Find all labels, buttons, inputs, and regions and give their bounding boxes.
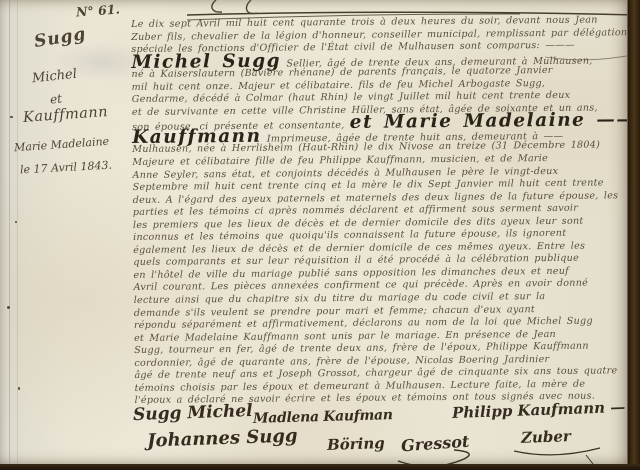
ink-speck: [18, 387, 20, 390]
margin-bride-firstname: Marie Madelaine: [14, 135, 110, 155]
scan-bottom-edge: [0, 464, 640, 470]
act-number: N° 61.: [76, 1, 121, 19]
signature-groom: Sugg Michel: [133, 401, 253, 425]
signature-witness-gressot: Gressot: [400, 432, 470, 456]
page-crease: [17, 0, 18, 465]
signature-witness-johannes-sugg: Johannes Sugg: [147, 425, 298, 451]
book-gutter-edge: [627, 0, 640, 470]
margin-conjunction: et: [49, 91, 62, 106]
signature-bride: Madlena Kaufman: [253, 407, 393, 427]
register-page: N° 61. Sugg Michel et Kauffmann Marie Ma…: [0, 0, 628, 465]
ink-speck: [10, 116, 13, 118]
ink-speck: [7, 306, 10, 309]
signature-witness-boring: Böring: [327, 434, 385, 454]
margin-bride-surname: Kauffmann: [23, 104, 109, 126]
signature-officer-zuber: Zuber: [521, 427, 571, 447]
page-crease: [9, 0, 10, 465]
margin-marriage-date: le 17 Avril 1843.: [20, 159, 113, 177]
ink-speck: [15, 221, 17, 223]
margin-groom-firstname: Michel: [31, 67, 77, 87]
register-scan: N° 61. Sugg Michel et Kauffmann Marie Ma…: [0, 0, 640, 470]
act-body-text: Le dix sept Avril mil huit cent quarante…: [131, 14, 634, 408]
